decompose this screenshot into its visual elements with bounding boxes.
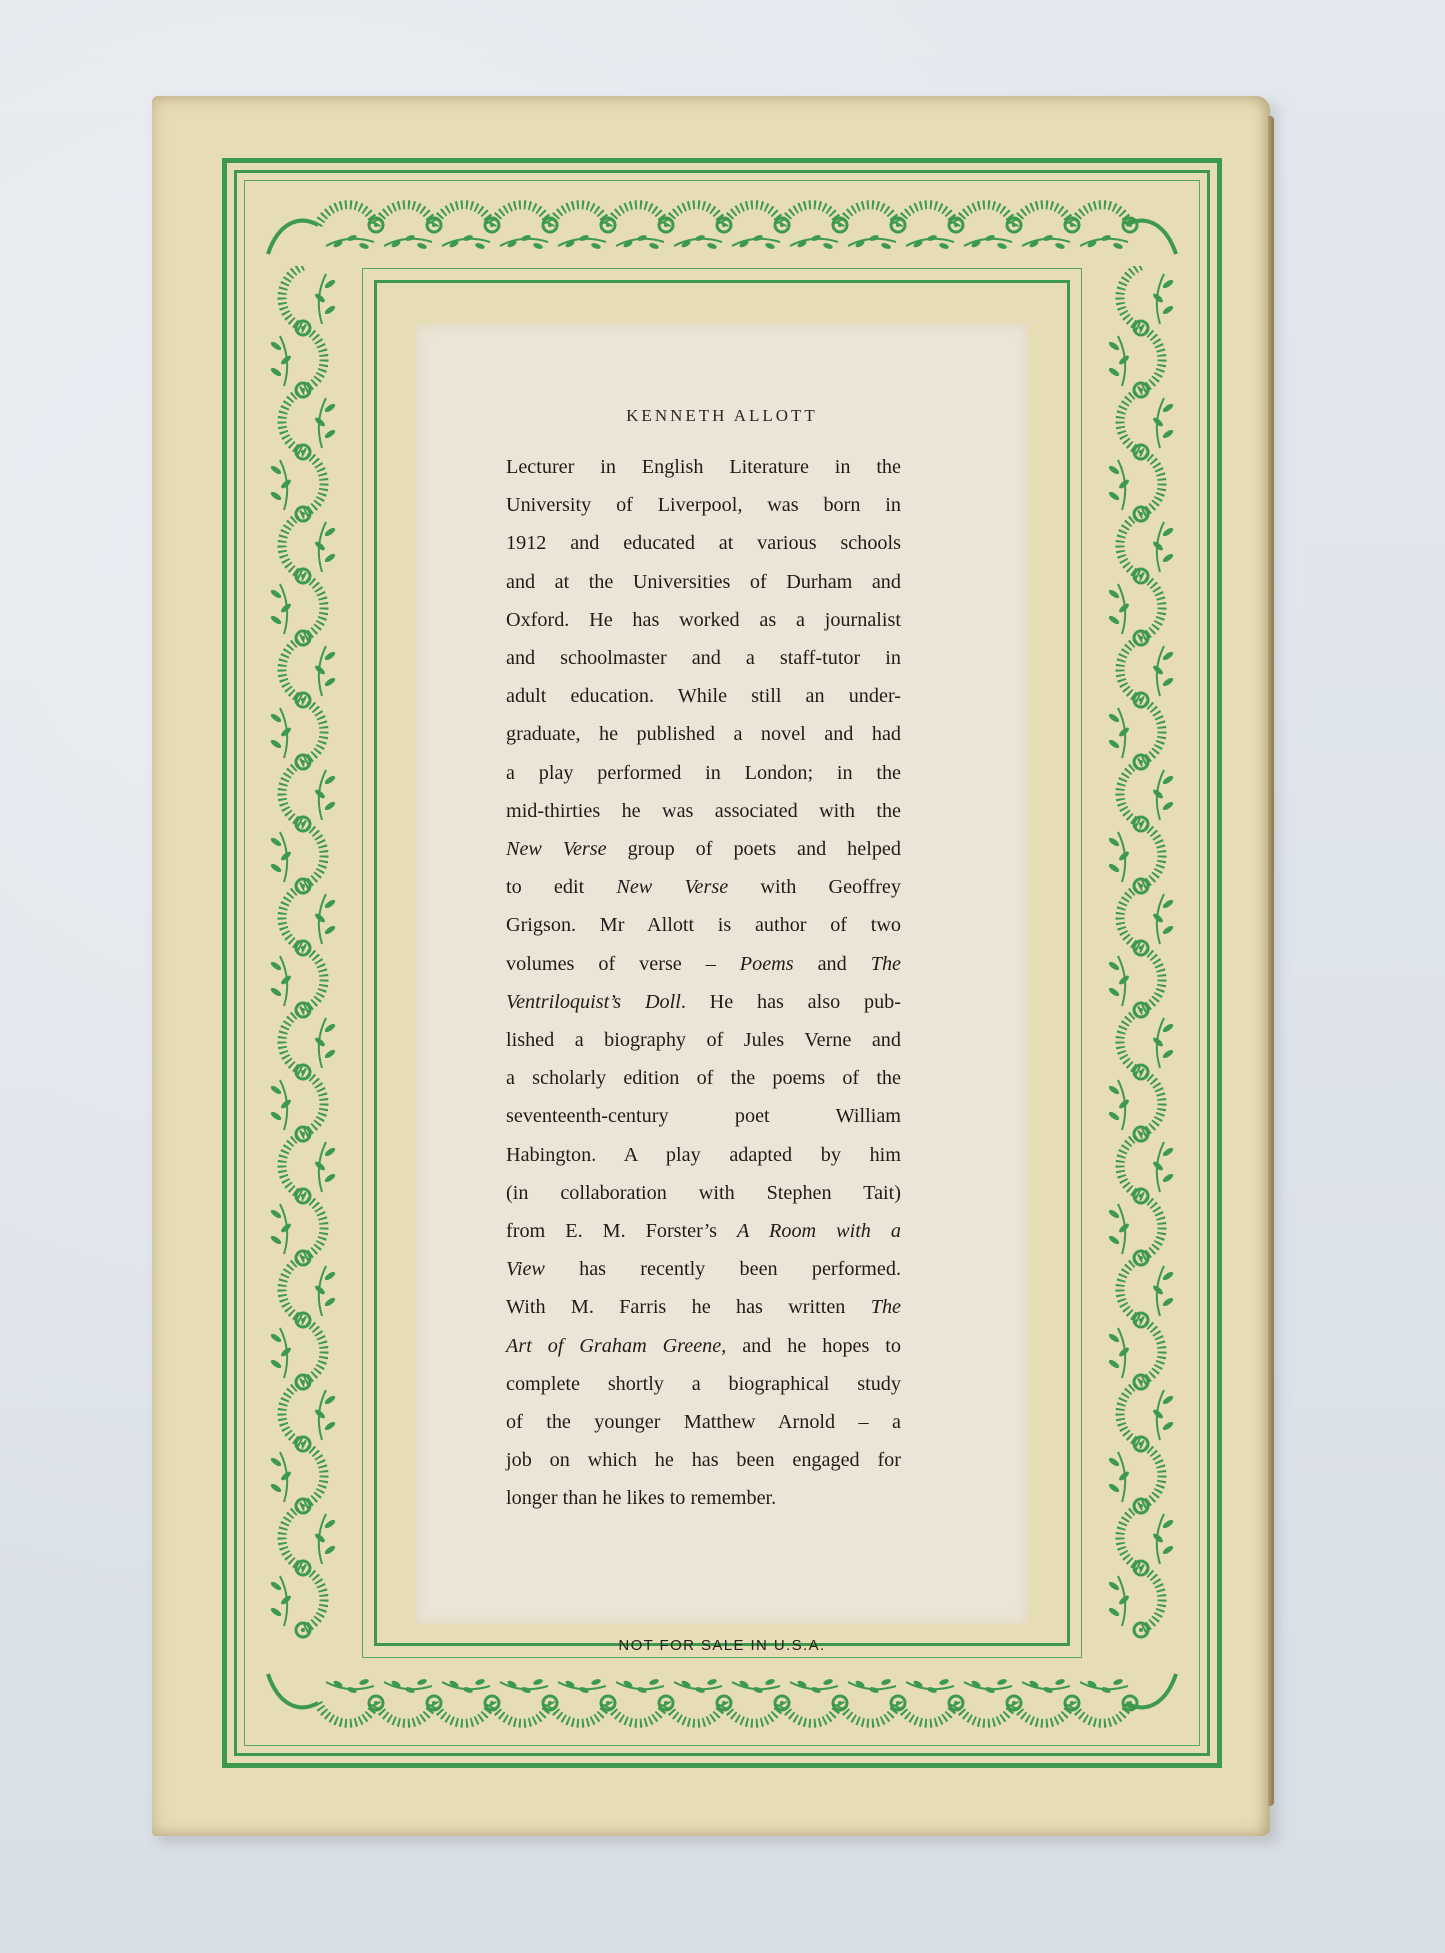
ornamental-border-right — [1086, 266, 1196, 1662]
vine-ornament-icon — [248, 266, 358, 1662]
bio-line: 1912 and educated at various schools — [506, 524, 901, 562]
bio-line: adult education. While still an under- — [506, 677, 901, 715]
bio-line: University of Liverpool, was born in — [506, 486, 901, 524]
author-bio-panel: KENNETH ALLOTT Lecturer in English Liter… — [416, 324, 1028, 1624]
bio-line: and at the Universities of Durham and — [506, 563, 901, 601]
bio-line: volumes of verse – Poems and The — [506, 945, 901, 983]
bio-line: Ventriloquist’s Doll. He has also pub- — [506, 983, 901, 1021]
bio-line: a play performed in London; in the — [506, 754, 901, 792]
bio-line: longer than he likes to remember. — [506, 1479, 901, 1517]
bio-line: View has recently been performed. — [506, 1250, 901, 1288]
bio-line: graduate, he published a novel and had — [506, 715, 901, 753]
vine-ornament-icon — [248, 1662, 1196, 1744]
bio-line: and schoolmaster and a staff-tutor in — [506, 639, 901, 677]
bio-line: (in collaboration with Stephen Tait) — [506, 1174, 901, 1212]
bio-line: seventeenth-century poet William — [506, 1097, 901, 1135]
ornamental-border-left — [248, 266, 358, 1662]
bio-line: With M. Farris he has written The — [506, 1288, 901, 1326]
bio-line: lished a biography of Jules Verne and — [506, 1021, 901, 1059]
vine-ornament-icon — [1086, 266, 1196, 1662]
bio-line: Habington. A play adapted by him — [506, 1136, 901, 1174]
bio-line: mid-thirties he was associated with the — [506, 792, 901, 830]
vine-ornament-icon — [248, 184, 1196, 266]
bio-line: job on which he has been engaged for — [506, 1441, 901, 1479]
bio-line: Lecturer in English Literature in the — [506, 448, 901, 486]
author-biography: Lecturer in English Literature in theUni… — [506, 448, 901, 1518]
bio-line: of the younger Matthew Arnold – a — [506, 1403, 901, 1441]
bio-line: Grigson. Mr Allott is author of two — [506, 906, 901, 944]
bio-line: New Verse group of poets and helped — [506, 830, 901, 868]
bio-line: Oxford. He has worked as a journalist — [506, 601, 901, 639]
author-heading: KENNETH ALLOTT — [416, 406, 1028, 426]
ornamental-border-top — [248, 184, 1196, 266]
ornamental-border-bottom — [248, 1662, 1196, 1744]
bio-line: a scholarly edition of the poems of the — [506, 1059, 901, 1097]
bio-line: Art of Graham Greene, and he hopes to — [506, 1327, 901, 1365]
bio-line: to edit New Verse with Geoffrey — [506, 868, 901, 906]
book-back-cover: KENNETH ALLOTT Lecturer in English Liter… — [152, 96, 1270, 1836]
book-spine-edge — [1268, 116, 1274, 1806]
bio-line: complete shortly a biographical study — [506, 1365, 901, 1403]
sale-restriction-notice: NOT FOR SALE IN U.S.A. — [416, 1637, 1028, 1654]
bio-line: from E. M. Forster’s A Room with a — [506, 1212, 901, 1250]
